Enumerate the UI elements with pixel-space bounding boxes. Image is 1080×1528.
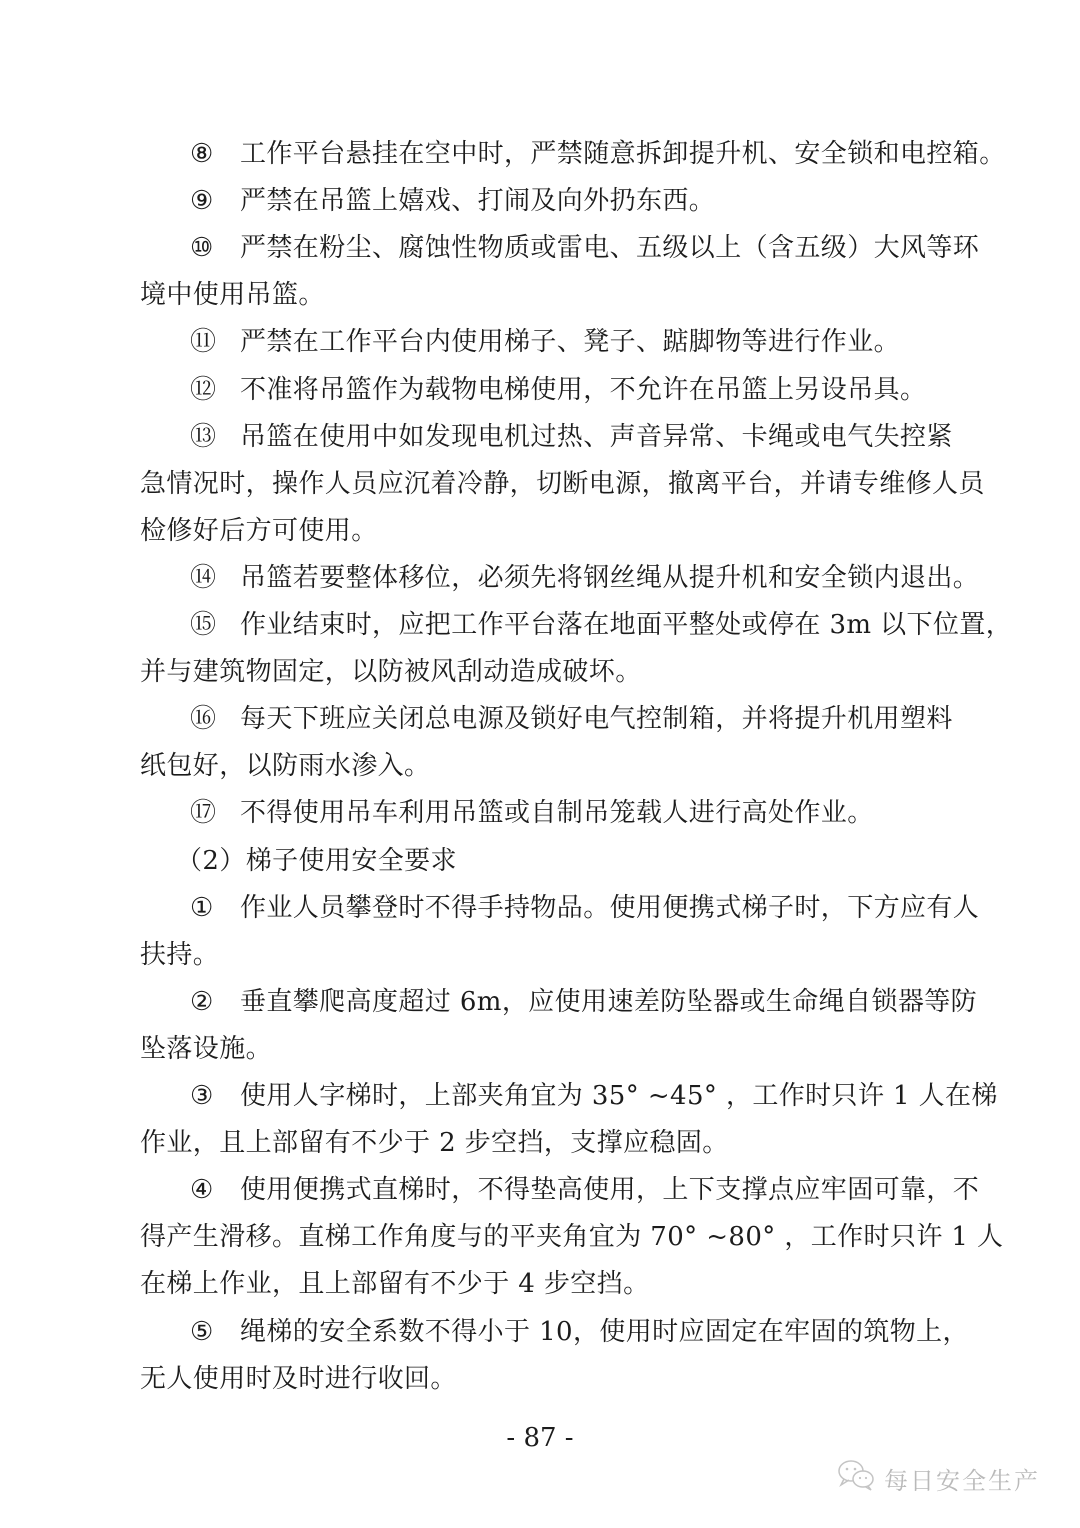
line-text: 每天下班应关闭总电源及锁好电气控制箱，并将提升机用塑料 [240, 704, 953, 734]
line-text: 严禁在工作平台内使用梯子、凳子、踮脚物等进行作业。 [240, 327, 900, 357]
list-item-line: ①作业人员攀登时不得手持物品。使用便携式梯子时，下方应有人 [190, 885, 945, 932]
line-text: 扶持。 [140, 940, 219, 970]
continuation-line: 并与建筑物固定，以防被风刮动造成破坏。 [140, 649, 945, 696]
continuation-line: 扶持。 [140, 932, 945, 979]
line-text: 严禁在吊篮上嬉戏、打闹及向外扔东西。 [240, 186, 715, 216]
list-item-line: ⑪严禁在工作平台内使用梯子、凳子、踮脚物等进行作业。 [190, 319, 945, 366]
continuation-line: 境中使用吊篮。 [140, 272, 945, 319]
item-number: ⑩ [190, 225, 240, 272]
line-text: （2）梯子使用安全要求 [176, 846, 457, 876]
list-item-line: ⑧工作平台悬挂在空中时，严禁随意拆卸提升机、安全锁和电控箱。 [190, 131, 945, 178]
line-text: 作业结束时，应把工作平台落在地面平整处或停在 3m 以下位置， [240, 610, 1012, 640]
line-text: 境中使用吊篮。 [140, 280, 325, 310]
continuation-line: 作业，且上部留有不少于 2 步空挡，支撑应稳固。 [140, 1120, 945, 1167]
item-number: ⑨ [190, 178, 240, 225]
item-number: ③ [190, 1073, 240, 1120]
item-number: ⑭ [190, 555, 240, 602]
line-text: 得产生滑移。直梯工作角度与的平夹角宜为 70° ~80° ，工作时只许 1 人 [140, 1222, 1003, 1252]
line-text: 急情况时，操作人员应沉着冷静，切断电源，撤离平台，并请专维修人员 [140, 469, 985, 499]
line-text: 使用便携式直梯时，不得垫高使用，上下支撑点应牢固可靠，不 [240, 1175, 979, 1205]
item-number: ⑬ [190, 414, 240, 461]
list-item-line: ⑰不得使用吊车利用吊篮或自制吊笼载人进行高处作业。 [190, 790, 945, 837]
item-number: ① [190, 885, 240, 932]
continuation-line: 无人使用时及时进行收回。 [140, 1356, 945, 1403]
continuation-line: 坠落设施。 [140, 1026, 945, 1073]
item-number: ② [190, 979, 240, 1026]
item-number: ⑪ [190, 319, 240, 366]
item-number: ⑫ [190, 367, 240, 414]
section-heading: （2）梯子使用安全要求 [176, 838, 981, 885]
line-text: 并与建筑物固定，以防被风刮动造成破坏。 [140, 657, 642, 687]
line-text: 严禁在粉尘、腐蚀性物质或雷电、五级以上（含五级）大风等环 [240, 233, 979, 263]
line-text: 不准将吊篮作为载物电梯使用，不允许在吊篮上另设吊具。 [240, 375, 926, 405]
line-text: 绳梯的安全系数不得小于 10，使用时应固定在牢固的筑物上， [240, 1317, 969, 1347]
watermark: 每日安全生产 [836, 1458, 1040, 1498]
continuation-line: 得产生滑移。直梯工作角度与的平夹角宜为 70° ~80° ，工作时只许 1 人 [140, 1214, 945, 1261]
line-text: 吊篮若要整体移位，必须先将钢丝绳从提升机和安全锁内退出。 [240, 563, 979, 593]
list-item-line: ⑫不准将吊篮作为载物电梯使用，不允许在吊篮上另设吊具。 [190, 367, 945, 414]
line-text: 垂直攀爬高度超过 6m，应使用速差防坠器或生命绳自锁器等防 [240, 987, 977, 1017]
list-item-line: ⑬吊篮在使用中如发现电机过热、声音异常、卡绳或电气失控紧 [190, 414, 945, 461]
list-item-line: ⑮作业结束时，应把工作平台落在地面平整处或停在 3m 以下位置， [190, 602, 945, 649]
watermark-text: 每日安全生产 [884, 1461, 1040, 1496]
line-text: 作业人员攀登时不得手持物品。使用便携式梯子时，下方应有人 [240, 893, 979, 923]
item-number: ⑰ [190, 790, 240, 837]
continuation-line: 急情况时，操作人员应沉着冷静，切断电源，撤离平台，并请专维修人员 [140, 461, 945, 508]
line-text: 纸包好，以防雨水渗入。 [140, 751, 430, 781]
item-number: ⑤ [190, 1309, 240, 1356]
list-item-line: ⑭吊篮若要整体移位，必须先将钢丝绳从提升机和安全锁内退出。 [190, 555, 945, 602]
list-item-line: ②垂直攀爬高度超过 6m，应使用速差防坠器或生命绳自锁器等防 [190, 979, 945, 1026]
line-text: 无人使用时及时进行收回。 [140, 1364, 457, 1394]
list-item-line: ④使用便携式直梯时，不得垫高使用，上下支撑点应牢固可靠，不 [190, 1167, 945, 1214]
list-item-line: ⑤绳梯的安全系数不得小于 10，使用时应固定在牢固的筑物上， [190, 1309, 945, 1356]
page-number: - 87 - [0, 1418, 1080, 1458]
line-text: 使用人字梯时，上部夹角宜为 35° ~45° ，工作时只许 1 人在梯 [240, 1081, 998, 1111]
line-text: 检修好后方可使用。 [140, 516, 378, 546]
continuation-line: 检修好后方可使用。 [140, 508, 945, 555]
line-text: 工作平台悬挂在空中时，严禁随意拆卸提升机、安全锁和电控箱。 [240, 139, 1006, 169]
item-number: ④ [190, 1167, 240, 1214]
item-number: ⑯ [190, 696, 240, 743]
line-text: 作业，且上部留有不少于 2 步空挡，支撑应稳固。 [140, 1128, 729, 1158]
list-item-line: ⑩严禁在粉尘、腐蚀性物质或雷电、五级以上（含五级）大风等环 [190, 225, 945, 272]
continuation-line: 在梯上作业，且上部留有不少于 4 步空挡。 [140, 1261, 945, 1308]
continuation-line: 纸包好，以防雨水渗入。 [140, 743, 945, 790]
wechat-icon [836, 1458, 884, 1498]
item-number: ⑧ [190, 131, 240, 178]
line-text: 坠落设施。 [140, 1034, 272, 1064]
line-text: 吊篮在使用中如发现电机过热、声音异常、卡绳或电气失控紧 [240, 422, 953, 452]
line-text: 不得使用吊车利用吊篮或自制吊笼载人进行高处作业。 [240, 798, 874, 828]
list-item-line: ③使用人字梯时，上部夹角宜为 35° ~45° ，工作时只许 1 人在梯 [190, 1073, 945, 1120]
list-item-line: ⑨严禁在吊篮上嬉戏、打闹及向外扔东西。 [190, 178, 945, 225]
item-number: ⑮ [190, 602, 240, 649]
line-text: 在梯上作业，且上部留有不少于 4 步空挡。 [140, 1269, 649, 1299]
list-item-line: ⑯每天下班应关闭总电源及锁好电气控制箱，并将提升机用塑料 [190, 696, 945, 743]
document-page: ⑧工作平台悬挂在空中时，严禁随意拆卸提升机、安全锁和电控箱。⑨严禁在吊篮上嬉戏、… [0, 0, 1080, 1528]
